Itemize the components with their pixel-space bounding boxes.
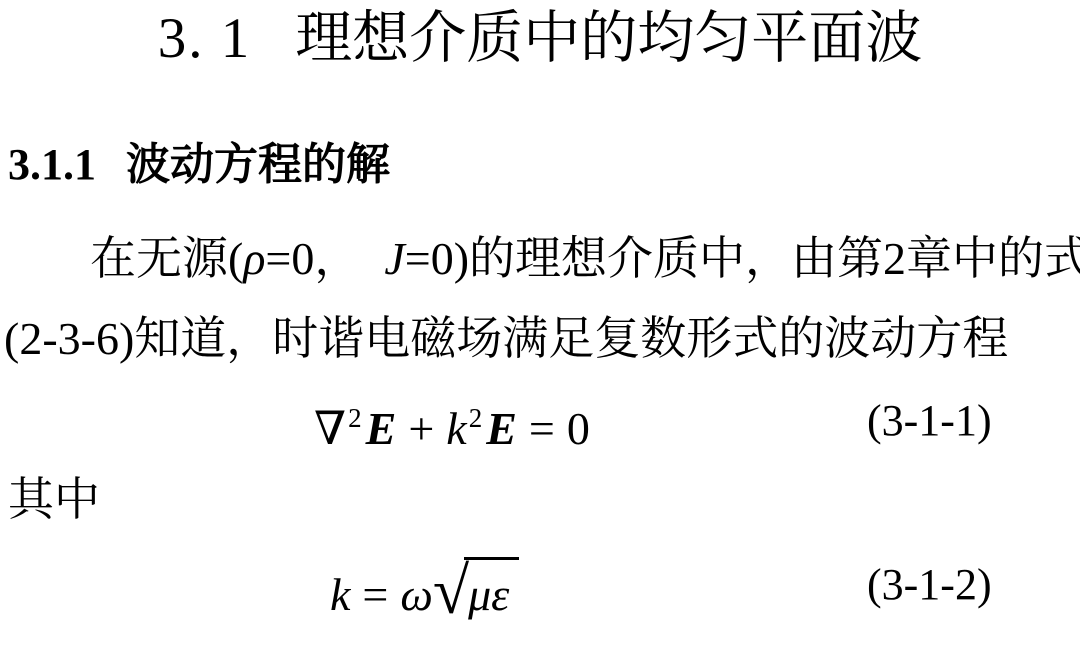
paragraph-lead-text: 在无源( (90, 233, 243, 284)
where-label: 其中 (8, 477, 100, 523)
paragraph-after-j-text: =0)的理想介质中，由第2章中的式 (405, 233, 1080, 284)
omega-symbol: ω (400, 572, 432, 618)
equals-operator: = (362, 572, 388, 618)
subsection-heading: 3.1.1波动方程的解 (8, 143, 390, 187)
nabla-exponent: 2 (348, 405, 362, 432)
title-text: 理想介质中的均匀平面波 (295, 7, 922, 70)
subsection-text: 波动方程的解 (126, 140, 390, 189)
e-field-symbol: E (486, 406, 517, 452)
plus-operator: + (408, 406, 434, 452)
textbook-page: 3. 1理想介质中的均匀平面波 3.1.1波动方程的解 在无源(ρ=0，J=0)… (0, 0, 1080, 665)
wavenumber-symbol: k (330, 572, 350, 618)
paragraph-after-rho-text: =0， (265, 233, 360, 284)
subsection-number: 3.1.1 (8, 140, 96, 189)
equation-number-3-1-1: (3-1-1) (867, 399, 992, 443)
equals-operator: = (529, 406, 555, 452)
e-field-symbol: E (366, 406, 397, 452)
wavenumber-equation: k=ω√με (330, 556, 519, 622)
wave-equation: ∇2E+k2E=0 (314, 406, 590, 452)
body-paragraph-line-1: 在无源(ρ=0，J=0)的理想介质中，由第2章中的式 (90, 236, 1080, 282)
k-exponent: 2 (469, 405, 483, 432)
body-paragraph-line-2: (2-3-6)知道，时谐电磁场满足复数形式的波动方程 (4, 316, 1008, 362)
title-section-number: 3. 1 (158, 7, 252, 70)
radical-sign-icon: √ (433, 559, 469, 625)
wavenumber-symbol: k (446, 406, 466, 452)
rho-symbol: ρ (243, 233, 265, 284)
equation-number-3-1-2: (3-1-2) (867, 563, 992, 607)
current-density-symbol: J (384, 233, 404, 284)
mu-epsilon-radicand: με (464, 557, 519, 618)
page-title: 3. 1理想介质中的均匀平面波 (0, 10, 1080, 67)
zero-value: 0 (567, 406, 590, 452)
nabla-symbol: ∇ (314, 406, 346, 452)
